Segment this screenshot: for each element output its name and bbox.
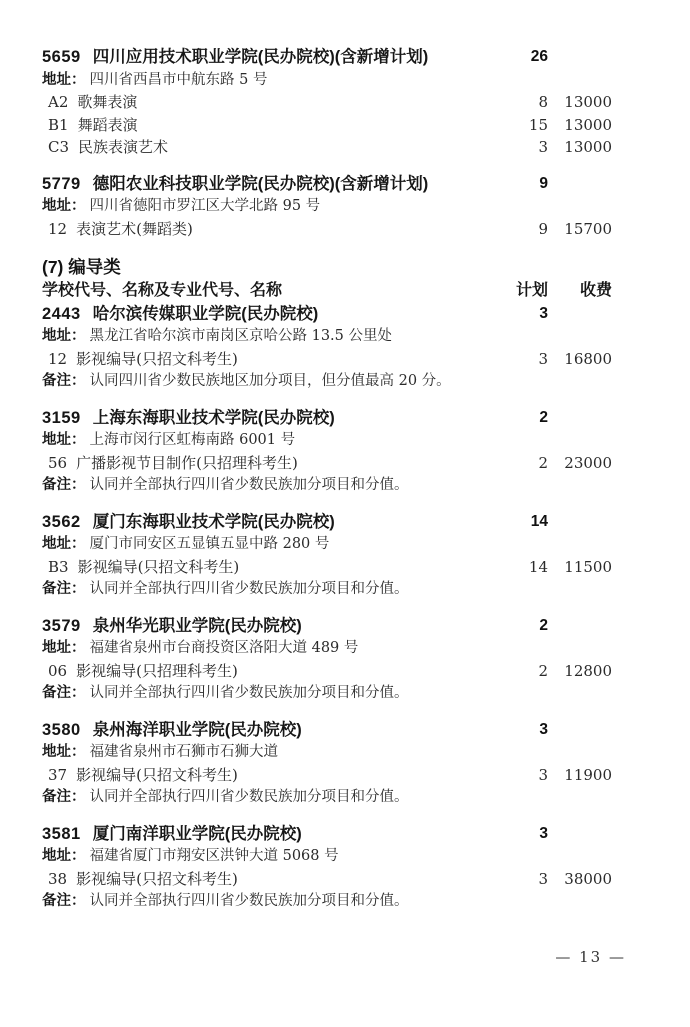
major-code: 56 xyxy=(48,454,67,472)
school-block: 3159上海东海职业技术学院(民办院校) 2 地址：上海市闵行区虹梅南路 600… xyxy=(42,407,612,497)
address-text: 福建省泉州市石狮市石狮大道 xyxy=(90,744,279,760)
school-fee-blank xyxy=(548,407,612,430)
address-text: 上海市闵行区虹梅南路 6001 号 xyxy=(90,432,296,448)
admission-list: 5659四川应用技术职业学院(民办院校)(含新增计划) 26 地址：四川省西昌市… xyxy=(42,46,612,927)
major-name: 歌舞表演 xyxy=(77,93,137,111)
major-name: 广播影视节目制作(只招理科考生) xyxy=(76,454,298,472)
major-plan: 3 xyxy=(488,868,548,891)
major-list: 37影视编导(只招文科考生) 3 11900 xyxy=(42,764,612,787)
school-block: 3579泉州华光职业学院(民办院校) 2 地址：福建省泉州市台商投资区洛阳大道 … xyxy=(42,615,612,705)
note-row: 备注：认同四川省少数民族地区加分项目，但分值最高 20 分。 xyxy=(42,370,612,393)
major-list: B3影视编导(只招文科考生) 14 11500 xyxy=(42,556,612,579)
major-name: 影视编导(只招文科考生) xyxy=(78,558,240,576)
address-label: 地址： xyxy=(42,744,86,760)
note-label: 备注： xyxy=(42,477,86,493)
major-plan: 9 xyxy=(488,218,548,241)
major-code: 06 xyxy=(48,662,67,680)
school-header-row: 2443哈尔滨传媒职业学院(民办院校) 3 xyxy=(42,303,612,326)
column-header-name: 学校代号、名称及专业代号、名称 xyxy=(42,280,488,303)
column-header-fee: 收费 xyxy=(548,280,612,303)
school-code: 3581 xyxy=(42,825,81,843)
column-header-row: 学校代号、名称及专业代号、名称 计划 收费 xyxy=(42,280,612,303)
address-label: 地址： xyxy=(42,640,86,656)
school-header-row: 3580泉州海洋职业学院(民办院校) 3 xyxy=(42,719,612,742)
address-row: 地址：四川省西昌市中航东路 5 号 xyxy=(42,69,612,92)
major-row: B3影视编导(只招文科考生) 14 11500 xyxy=(42,556,612,579)
note-row: 备注：认同并全部执行四川省少数民族加分项目和分值。 xyxy=(42,890,612,913)
address-text: 四川省德阳市罗江区大学北路 95 号 xyxy=(90,198,321,214)
major-row: 56广播影视节目制作(只招理科考生) 2 23000 xyxy=(42,452,612,475)
note-row: 备注：认同并全部执行四川省少数民族加分项目和分值。 xyxy=(42,474,612,497)
school-name: 泉州海洋职业学院(民办院校) xyxy=(93,721,302,739)
school-name: 德阳农业科技职业学院(民办院校)(含新增计划) xyxy=(93,175,428,193)
major-code: A2 xyxy=(48,93,68,111)
major-name: 舞蹈表演 xyxy=(78,116,138,134)
major-list: 12表演艺术(舞蹈类) 9 15700 xyxy=(42,218,612,241)
school-plan-total: 2 xyxy=(488,615,548,638)
address-row: 地址：福建省厦门市翔安区洪钟大道 5068 号 xyxy=(42,845,612,868)
major-plan: 2 xyxy=(488,660,548,683)
major-fee: 13000 xyxy=(548,114,612,137)
major-row: 12影视编导(只招文科考生) 3 16800 xyxy=(42,348,612,371)
school-fee-blank xyxy=(548,615,612,638)
school-plan-total: 14 xyxy=(488,511,548,534)
school-code: 3579 xyxy=(42,617,81,635)
school-fee-blank xyxy=(548,719,612,742)
major-code: B1 xyxy=(48,116,69,134)
major-code: 37 xyxy=(48,766,67,784)
school-header-row: 3562厦门东海职业技术学院(民办院校) 14 xyxy=(42,511,612,534)
page-number: — 13 — xyxy=(555,948,626,966)
major-fee: 13000 xyxy=(548,91,612,114)
school-code: 5779 xyxy=(42,175,81,193)
document-page: 5659四川应用技术职业学院(民办院校)(含新增计划) 26 地址：四川省西昌市… xyxy=(0,0,690,1027)
school-name: 厦门东海职业技术学院(民办院校) xyxy=(93,513,335,531)
note-row: 备注：认同并全部执行四川省少数民族加分项目和分值。 xyxy=(42,682,612,705)
section-heading: (7) 编导类 xyxy=(42,254,612,280)
major-name: 影视编导(只招理科考生) xyxy=(76,662,238,680)
address-row: 地址：福建省泉州市台商投资区洛阳大道 489 号 xyxy=(42,637,612,660)
major-plan: 2 xyxy=(488,452,548,475)
address-text: 四川省西昌市中航东路 5 号 xyxy=(90,72,268,88)
note-row: 备注：认同并全部执行四川省少数民族加分项目和分值。 xyxy=(42,578,612,601)
major-code: B3 xyxy=(48,558,69,576)
address-label: 地址： xyxy=(42,198,86,214)
address-row: 地址：黑龙江省哈尔滨市南岗区京哈公路 13.5 公里处 xyxy=(42,325,612,348)
school-block: 5659四川应用技术职业学院(民办院校)(含新增计划) 26 地址：四川省西昌市… xyxy=(42,46,612,159)
school-code: 3562 xyxy=(42,513,81,531)
note-text: 认同并全部执行四川省少数民族加分项目和分值。 xyxy=(90,789,409,805)
address-text: 福建省厦门市翔安区洪钟大道 5068 号 xyxy=(90,848,339,864)
major-row: A2歌舞表演 8 13000 xyxy=(42,91,612,114)
major-plan: 3 xyxy=(488,348,548,371)
note-text: 认同四川省少数民族地区加分项目，但分值最高 20 分。 xyxy=(90,373,451,389)
note-text: 认同并全部执行四川省少数民族加分项目和分值。 xyxy=(90,685,409,701)
school-block: 3580泉州海洋职业学院(民办院校) 3 地址：福建省泉州市石狮市石狮大道 37… xyxy=(42,719,612,809)
major-fee: 23000 xyxy=(548,452,612,475)
major-code: C3 xyxy=(48,138,69,156)
note-label: 备注： xyxy=(42,789,86,805)
major-list: 56广播影视节目制作(只招理科考生) 2 23000 xyxy=(42,452,612,475)
major-code: 38 xyxy=(48,870,67,888)
major-list: 38影视编导(只招文科考生) 3 38000 xyxy=(42,868,612,891)
school-plan-total: 3 xyxy=(488,823,548,846)
school-code: 3159 xyxy=(42,409,81,427)
address-row: 地址：厦门市同安区五显镇五显中路 280 号 xyxy=(42,533,612,556)
major-name: 影视编导(只招文科考生) xyxy=(76,870,238,888)
school-plan-total: 2 xyxy=(488,407,548,430)
note-label: 备注： xyxy=(42,893,86,909)
major-row: 37影视编导(只招文科考生) 3 11900 xyxy=(42,764,612,787)
major-fee: 12800 xyxy=(548,660,612,683)
note-row: 备注：认同并全部执行四川省少数民族加分项目和分值。 xyxy=(42,786,612,809)
address-text: 福建省泉州市台商投资区洛阳大道 489 号 xyxy=(90,640,359,656)
note-text: 认同并全部执行四川省少数民族加分项目和分值。 xyxy=(90,581,409,597)
note-label: 备注： xyxy=(42,373,86,389)
address-label: 地址： xyxy=(42,848,86,864)
major-row: B1舞蹈表演 15 13000 xyxy=(42,114,612,137)
note-text: 认同并全部执行四川省少数民族加分项目和分值。 xyxy=(90,893,409,909)
note-text: 认同并全部执行四川省少数民族加分项目和分值。 xyxy=(90,477,409,493)
school-fee-blank xyxy=(548,303,612,326)
school-name: 厦门南洋职业学院(民办院校) xyxy=(93,825,302,843)
major-fee: 15700 xyxy=(548,218,612,241)
major-name: 表演艺术(舞蹈类) xyxy=(76,220,193,238)
major-row: C3民族表演艺术 3 13000 xyxy=(42,136,612,159)
major-fee: 11900 xyxy=(548,764,612,787)
major-name: 影视编导(只招文科考生) xyxy=(76,766,238,784)
school-plan-total: 3 xyxy=(488,303,548,326)
major-name: 影视编导(只招文科考生) xyxy=(76,350,238,368)
major-row: 38影视编导(只招文科考生) 3 38000 xyxy=(42,868,612,891)
major-list: A2歌舞表演 8 13000 B1舞蹈表演 15 13000 C3民族表演艺术 … xyxy=(42,91,612,159)
address-row: 地址：四川省德阳市罗江区大学北路 95 号 xyxy=(42,195,612,218)
school-header-row: 3159上海东海职业技术学院(民办院校) 2 xyxy=(42,407,612,430)
school-block: 2443哈尔滨传媒职业学院(民办院校) 3 地址：黑龙江省哈尔滨市南岗区京哈公路… xyxy=(42,303,612,393)
school-block: 3562厦门东海职业技术学院(民办院校) 14 地址：厦门市同安区五显镇五显中路… xyxy=(42,511,612,601)
major-name: 民族表演艺术 xyxy=(78,138,168,156)
school-block: 3581厦门南洋职业学院(民办院校) 3 地址：福建省厦门市翔安区洪钟大道 50… xyxy=(42,823,612,913)
address-row: 地址：福建省泉州市石狮市石狮大道 xyxy=(42,741,612,764)
address-label: 地址： xyxy=(42,328,86,344)
school-header-row: 5659四川应用技术职业学院(民办院校)(含新增计划) 26 xyxy=(42,46,612,69)
major-plan: 8 xyxy=(488,91,548,114)
school-name: 泉州华光职业学院(民办院校) xyxy=(93,617,302,635)
school-fee-blank xyxy=(548,173,612,196)
note-label: 备注： xyxy=(42,581,86,597)
school-fee-blank xyxy=(548,46,612,69)
major-fee: 13000 xyxy=(548,136,612,159)
major-plan: 3 xyxy=(488,764,548,787)
major-plan: 15 xyxy=(488,114,548,137)
column-header-plan: 计划 xyxy=(488,280,548,303)
school-code: 3580 xyxy=(42,721,81,739)
school-header-row: 3579泉州华光职业学院(民办院校) 2 xyxy=(42,615,612,638)
school-plan-total: 9 xyxy=(488,173,548,196)
major-plan: 14 xyxy=(488,556,548,579)
major-code: 12 xyxy=(48,220,67,238)
address-row: 地址：上海市闵行区虹梅南路 6001 号 xyxy=(42,429,612,452)
school-name: 四川应用技术职业学院(民办院校)(含新增计划) xyxy=(93,48,428,66)
major-fee: 11500 xyxy=(548,556,612,579)
school-code: 5659 xyxy=(42,48,81,66)
major-code: 12 xyxy=(48,350,67,368)
address-label: 地址： xyxy=(42,536,86,552)
school-plan-total: 3 xyxy=(488,719,548,742)
school-header-row: 3581厦门南洋职业学院(民办院校) 3 xyxy=(42,823,612,846)
school-code: 2443 xyxy=(42,305,81,323)
school-header-row: 5779德阳农业科技职业学院(民办院校)(含新增计划) 9 xyxy=(42,173,612,196)
note-label: 备注： xyxy=(42,685,86,701)
school-fee-blank xyxy=(548,511,612,534)
address-text: 厦门市同安区五显镇五显中路 280 号 xyxy=(90,536,330,552)
major-list: 06影视编导(只招理科考生) 2 12800 xyxy=(42,660,612,683)
school-fee-blank xyxy=(548,823,612,846)
school-plan-total: 26 xyxy=(488,46,548,69)
major-plan: 3 xyxy=(488,136,548,159)
major-fee: 16800 xyxy=(548,348,612,371)
major-row: 06影视编导(只招理科考生) 2 12800 xyxy=(42,660,612,683)
school-name: 上海东海职业技术学院(民办院校) xyxy=(93,409,335,427)
address-label: 地址： xyxy=(42,432,86,448)
address-label: 地址： xyxy=(42,72,86,88)
major-list: 12影视编导(只招文科考生) 3 16800 xyxy=(42,348,612,371)
major-row: 12表演艺术(舞蹈类) 9 15700 xyxy=(42,218,612,241)
school-name: 哈尔滨传媒职业学院(民办院校) xyxy=(93,305,319,323)
school-block: 5779德阳农业科技职业学院(民办院校)(含新增计划) 9 地址：四川省德阳市罗… xyxy=(42,173,612,241)
major-fee: 38000 xyxy=(548,868,612,891)
address-text: 黑龙江省哈尔滨市南岗区京哈公路 13.5 公里处 xyxy=(90,328,393,344)
